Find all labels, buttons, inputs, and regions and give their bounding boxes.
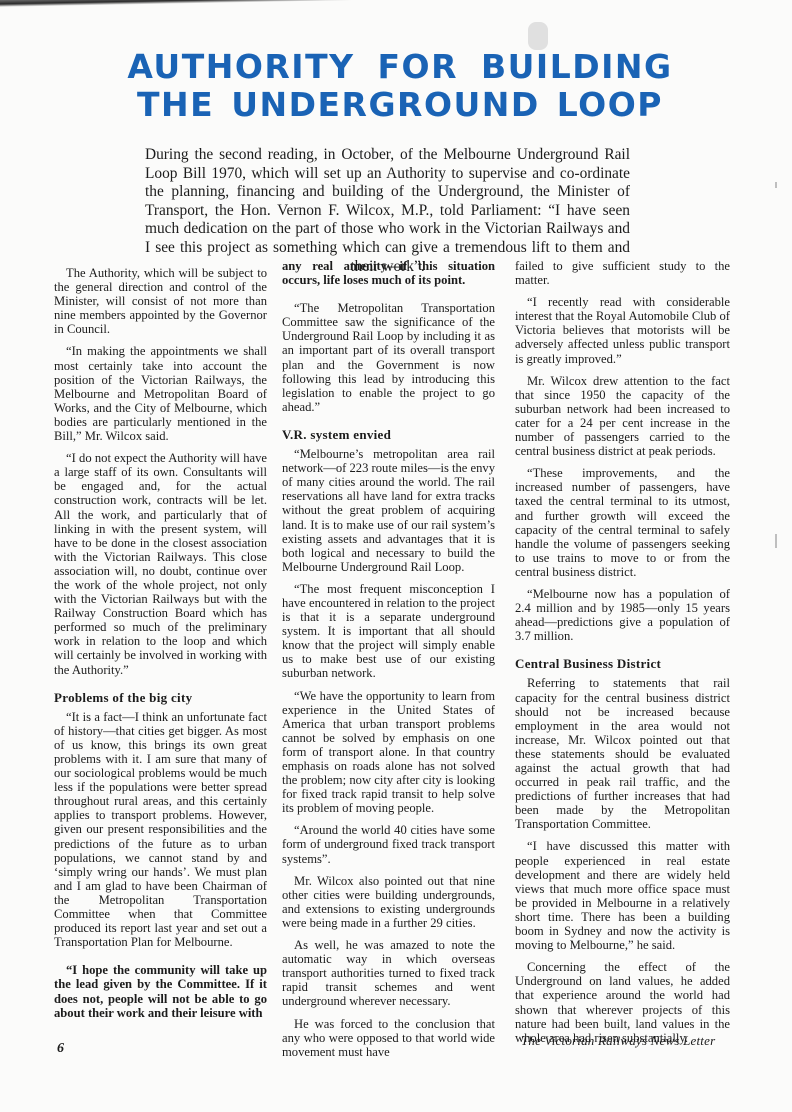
publication-name: The Victorian Railways News Letter xyxy=(521,1033,715,1049)
paragraph: “Melbourne’s metropolitan area rail netw… xyxy=(282,447,495,574)
article-title: AUTHORITY FOR BUILDING THE UNDERGROUND L… xyxy=(60,48,740,124)
bold-paragraph: any real amenity—if this situation occur… xyxy=(282,259,495,287)
paragraph: “Melbourne now has a population of 2.4 m… xyxy=(515,587,730,643)
paragraph: Referring to statements that rail capaci… xyxy=(515,676,730,831)
column-1: The Authority, which will be subject to … xyxy=(54,266,267,1028)
paragraph: “Around the world 40 cities have some fo… xyxy=(282,823,495,865)
paragraph: The Authority, which will be subject to … xyxy=(54,266,267,336)
paragraph: “These improvements, and the increased n… xyxy=(515,466,730,579)
margin-mark xyxy=(775,534,777,548)
title-line-2: THE UNDERGROUND LOOP xyxy=(60,86,740,124)
bold-paragraph: “I hope the community will take up the l… xyxy=(54,963,267,1019)
paragraph: Mr. Wilcox also pointed out that nine ot… xyxy=(282,874,495,930)
margin-mark xyxy=(775,182,777,188)
paragraph: “In making the appointments we shall mos… xyxy=(54,344,267,443)
section-heading: Problems of the big city xyxy=(54,691,267,705)
paragraph: “The most frequent misconception I have … xyxy=(282,582,495,681)
scan-smudge xyxy=(528,22,548,50)
column-2: any real amenity—if this situation occur… xyxy=(282,259,495,1067)
scanned-page-edge xyxy=(0,0,792,12)
column-3: failed to give sufficient study to the m… xyxy=(515,259,730,1053)
paragraph: “I do not expect the Authority will have… xyxy=(54,451,267,677)
section-heading: Central Business District xyxy=(515,657,730,671)
title-line-1: AUTHORITY FOR BUILDING xyxy=(60,48,740,86)
article-intro: During the second reading, in October, o… xyxy=(145,146,630,276)
paragraph: “I have discussed this matter with peopl… xyxy=(515,839,730,952)
paragraph: “We have the opportunity to learn from e… xyxy=(282,689,495,816)
article-body: The Authority, which will be subject to … xyxy=(54,259,738,1029)
paragraph: “It is a fact—I think an unfortunate fac… xyxy=(54,710,267,950)
paragraph: He was forced to the conclusion that any… xyxy=(282,1017,495,1059)
paragraph: As well, he was amazed to note the autom… xyxy=(282,938,495,1008)
paragraph: Mr. Wilcox drew attention to the fact th… xyxy=(515,374,730,459)
paragraph: “I recently read with considerable inter… xyxy=(515,295,730,365)
paragraph: “The Metropolitan Transportation Committ… xyxy=(282,301,495,414)
paragraph: failed to give sufficient study to the m… xyxy=(515,259,730,287)
section-heading: V.R. system envied xyxy=(282,428,495,442)
page-number: 6 xyxy=(57,1041,64,1057)
